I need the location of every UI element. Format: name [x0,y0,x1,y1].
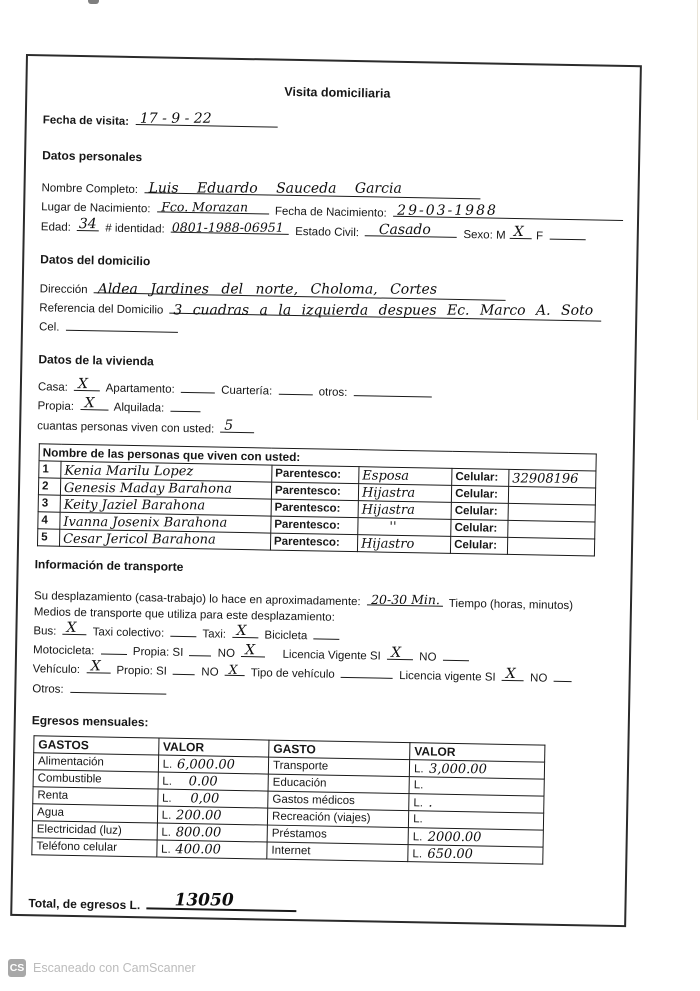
fecha-nacimiento-value: 29-03-1988 [397,204,498,219]
vehiculo-no-label: NO [201,666,218,678]
edad-label: Edad: [41,221,71,234]
taxi-field: X [232,625,258,638]
egresos-header-valor1: VALOR [158,738,269,757]
bus-field: X [63,622,87,635]
vehiculo-si-field [173,662,195,675]
otros-vivienda-label: otros: [319,386,348,399]
tipo-vehiculo-label: Tipo de vehículo [251,667,335,681]
fecha-visita-label: Fecha de visita: [43,114,130,128]
person-celular [508,486,595,505]
person-name: Cesar Jericol Barahona [60,529,271,550]
tiempo-label: Tiempo (horas, minutos) [449,598,573,612]
taxi-label: Taxi: [202,628,226,640]
alquilada-field [170,399,200,413]
person-num: 1 [39,461,62,478]
vehiculo-propio-label: Propio: SI [116,665,167,678]
egreso-valor1: L.0.00 [158,772,269,791]
sexo-f-label: F [536,230,543,242]
celular-label: Cel. [39,321,60,333]
celular-label: Celular: [451,502,508,520]
person-num: 3 [38,495,61,512]
licencia-vigente2-label: Licencia vigente SI [399,670,496,684]
direccion-field: Aldea Jardines del norte, Choloma, Corte… [94,280,506,301]
person-parentesco: Hijastro [357,535,450,554]
vehiculo-mark: X [90,659,100,674]
licencia-vigente-label: Licencia Vigente SI [282,649,380,663]
total-field: 13050 [147,895,297,912]
celular-field [66,318,178,333]
casa-field: X [74,378,100,391]
vehiculo-label: Vehículo: [33,663,81,676]
referencia-value: 3 cuadras a la izquierda despues Ec. Mar… [174,303,594,318]
nombre-field: Luis Eduardo Sauceda Garcia [144,180,480,199]
person-celular [507,537,594,556]
person-num: 5 [37,529,60,546]
apartamento-label: Apartamento: [106,383,175,396]
edad-field: 34 [77,218,99,231]
propia-field: X [80,397,108,411]
referencia-field: 3 cuadras a la izquierda despues Ec. Mar… [169,301,601,322]
person-num: 4 [38,512,61,529]
identidad-value: 0801-1988-06951 [172,220,284,235]
egreso-valor1: L.800.00 [157,823,268,842]
tipo-vehiculo-field [341,665,393,679]
licencia2-si-field: X [502,668,524,681]
otros-transporte-field [70,680,166,695]
identidad-field: 0801-1988-06951 [171,220,289,235]
alquilada-label: Alquilada: [114,402,165,415]
fecha-visita-line: Fecha de visita: 17 - 9 - 22 [43,110,631,139]
moto-no-label: NO [218,648,235,660]
licencia-si-field: X [387,647,413,660]
vehiculo-field: X [86,660,110,673]
egreso-valor2: L.650.00 [408,845,543,864]
cuantas-field: 5 [220,420,254,434]
otros-vivienda-field [354,383,432,397]
bus-mark: X [67,621,77,636]
egreso-valor1: L.6,000.00 [158,755,269,774]
taxi-colectivo-label: Taxi colectivo: [93,626,165,639]
celular-label: Celular: [452,468,509,486]
casa-label: Casa: [38,381,68,394]
desplazamiento-value: 20-30 Min. [371,592,440,607]
person-parentesco: Hijastra [358,501,451,520]
total-value: 13050 [175,890,234,910]
otros-transporte-label: Otros: [32,683,64,696]
bus-label: Bus: [33,625,56,637]
propia-label: Propia: [37,400,74,413]
cuantas-label: cuantas personas viven con usted: [37,420,214,435]
lugar-nacimiento-label: Lugar de Nacimiento: [41,201,151,215]
person-celular [508,503,595,522]
desplazamiento-field: 20-30 Min. [367,592,443,606]
parentesco-label: Parentesco: [271,516,358,535]
parentesco-label: Parentesco: [271,482,358,501]
nombre-label: Nombre Completo: [41,182,138,196]
edad-value: 34 [79,217,97,232]
direccion-value: Aldea Jardines del norte, Choloma, Corte… [98,282,437,297]
person-celular [508,520,595,539]
person-parentesco: '' [358,518,451,537]
parentesco-label: Parentesco: [271,499,358,518]
cuarteria-label: Cuartería: [221,385,272,398]
taxi-colectivo-field [170,624,196,637]
egresos-table: GASTOS VALOR GASTO VALOR Alimentación L.… [31,735,545,864]
casa-mark: X [78,377,88,392]
moto-no-mark: X [245,643,255,658]
egreso-valor1: L.400.00 [156,840,267,859]
estado-civil-value: Casado [379,223,431,238]
section-datos-personales: Datos personales [42,148,630,173]
moto-no-field: X [241,644,265,657]
sexo-m-mark: X [514,225,524,240]
egreso-valor1: L.200.00 [157,806,268,825]
section-datos-vivienda: Datos de la vivienda [38,352,626,377]
moto-si-field [189,643,211,656]
section-datos-domicilio: Datos del domicilio [40,252,628,277]
egreso-valor1: L.0,00 [157,789,268,808]
estado-civil-label: Estado Civil: [295,226,359,239]
section-transporte: Información de transporte [35,557,623,582]
scan-artifact-edge [697,0,698,420]
propia-mark: X [84,396,94,411]
person-name: Genesis Maday Barahona [61,478,272,499]
licencia2-no-field [553,669,571,682]
nombre-value: Luis Eduardo Sauceda Garcia [148,181,401,196]
person-num: 2 [38,478,61,495]
sexo-f-field [549,227,585,241]
parentesco-label: Parentesco: [272,465,359,484]
scan-artifact-smudge [88,0,99,4]
celular-label: Celular: [451,519,508,537]
egreso-valor2: L.. [409,794,544,813]
person-parentesco: Hijastra [358,484,451,503]
referencia-label: Referencia del Domicilio [39,302,163,316]
section-egresos: Egresos mensuales: [32,713,620,738]
motocicleta-field [101,641,127,654]
camscanner-icon: CS [8,959,26,977]
motocicleta-label: Motocicleta: [33,644,95,657]
direccion-label: Dirección [40,283,88,296]
cuantas-value: 5 [225,419,234,434]
egreso-valor2: L.2000.00 [408,828,543,847]
licencia-no-field [443,648,469,661]
camscanner-text: Escaneado con CamScanner [33,961,196,975]
camscanner-footer: CS Escaneado con CamScanner [8,959,196,977]
scanned-form-page: Visita domiciliaria Fecha de visita: 17 … [10,54,642,927]
fecha-nacimiento-label: Fecha de Nacimiento: [275,206,387,220]
parentesco-label: Parentesco: [270,533,357,552]
fecha-visita-field: 17 - 9 - 22 [135,112,277,128]
person-celular: 32908196 [508,469,595,488]
egreso-gasto1: Teléfono celular [32,838,157,857]
form-title: Visita domiciliaria [43,80,631,105]
cuarteria-field [278,382,312,396]
person-parentesco: Esposa [359,467,452,486]
total-label: Total, de egresos L. [28,896,140,912]
bicicleta-field [313,626,339,639]
bicicleta-label: Bicicleta [264,629,307,642]
apartamento-field [181,380,215,394]
lugar-nacimiento-field: Fco. Morazan [157,199,269,214]
person-name: Ivanna Josenix Barahona [60,512,271,533]
lugar-nacimiento-value: Fco. Morazan [161,199,248,214]
taxi-mark: X [236,624,246,639]
moto-propia-label: Propia: SI [133,646,184,659]
vehiculo-no-mark: X [229,662,238,677]
celular-label: Celular: [451,536,508,554]
estado-civil-field: Casado [365,223,457,238]
identidad-label: # identidad: [105,222,165,235]
licencia2-no-label: NO [530,672,547,684]
licencia-no-label: NO [419,651,436,663]
vehiculo-no-field: X [225,663,245,676]
total-line: Total, de egresos L. 13050 [28,893,616,921]
celular-label: Celular: [451,485,508,503]
sexo-label: Sexo: M [463,229,505,242]
licencia-si-mark: X [391,646,401,661]
egreso-valor2: L.3,000.00 [409,760,544,779]
sexo-m-field: X [510,226,532,239]
egreso-gasto2: Internet [267,842,408,862]
fecha-visita-value: 17 - 9 - 22 [139,112,211,127]
licencia2-si-mark: X [506,667,516,682]
personas-table: Nombre de las personas que viven con ust… [37,443,597,556]
